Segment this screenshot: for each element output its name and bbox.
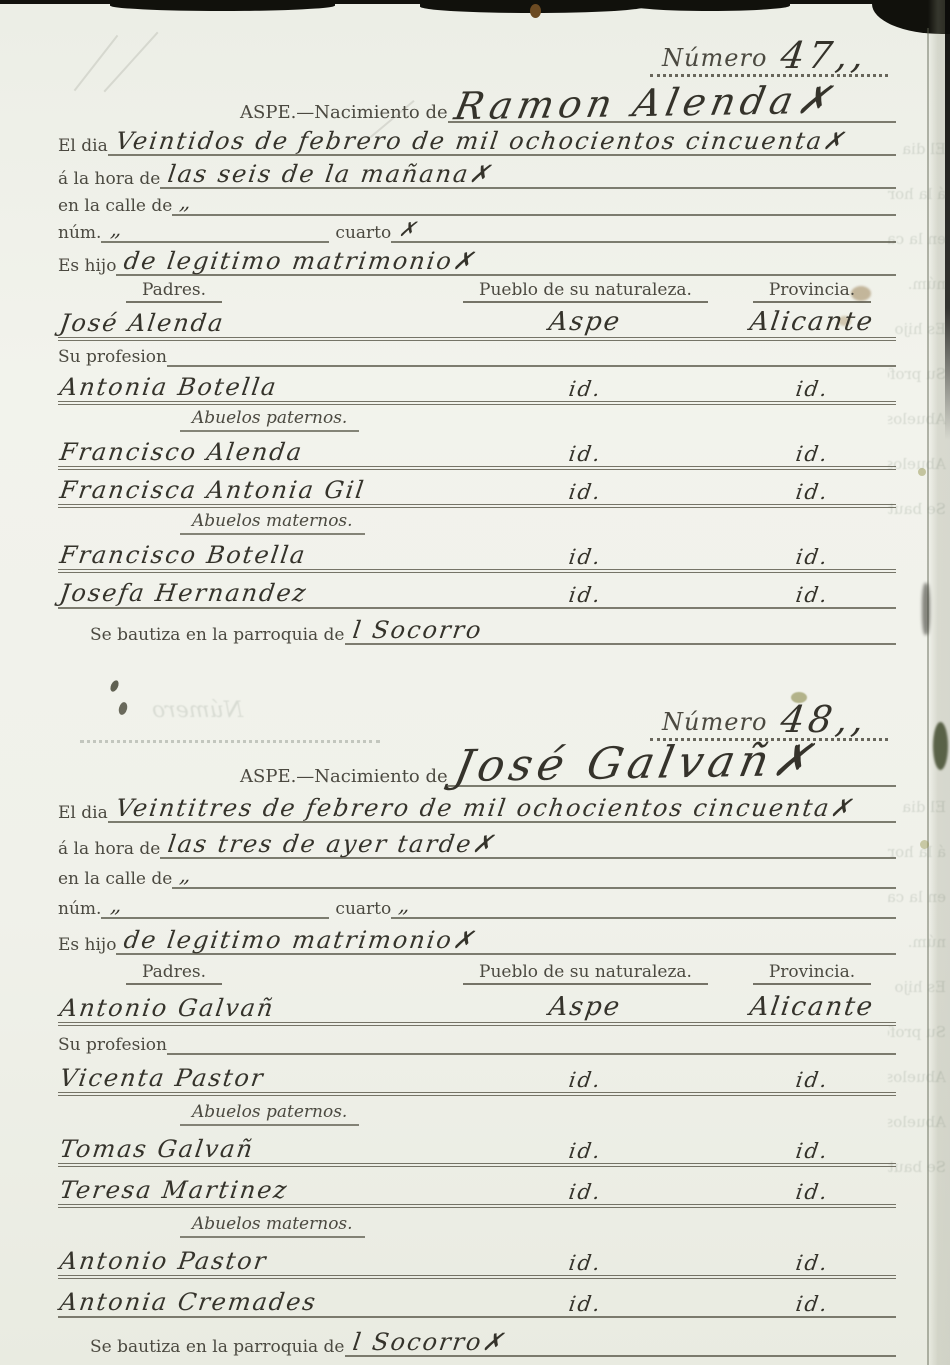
calle-label: en la calle de xyxy=(58,196,172,216)
provincia-value: id. xyxy=(794,1139,830,1163)
pueblo-value: id. xyxy=(567,1251,603,1275)
provincia-value: Alicante xyxy=(748,992,876,1022)
provincia-header: Provincia. xyxy=(753,280,871,303)
pueblo-value: id. xyxy=(567,1180,603,1204)
pueblo-value: id. xyxy=(567,1292,603,1316)
profession-field: Su profesion xyxy=(58,341,896,367)
ghost-label: Su profesion xyxy=(888,365,946,383)
baptism-field: Se bautiza en la parroquia de l Socorro xyxy=(58,609,896,645)
table-row-grandfather-maternal: Antonio Pastor id. id. xyxy=(58,1241,896,1279)
hora-label: á la hora de xyxy=(58,839,160,859)
provincia-value: id. xyxy=(794,442,830,466)
name-field: José Galvañ✗ xyxy=(448,744,896,787)
street-value-line: ,, xyxy=(172,866,896,889)
provincia-value: Alicante xyxy=(748,307,876,337)
person-name: Antonio Galvañ xyxy=(58,994,277,1022)
pueblo-value: id. xyxy=(567,545,603,569)
pueblo-value: id. xyxy=(567,442,603,466)
record-title: ASPE.—Nacimiento de José Galvañ✗ xyxy=(58,741,896,787)
provincia-value: id. xyxy=(794,377,830,401)
record-number-line: Número 48,, xyxy=(58,690,896,736)
legitimacy-value: de legitimo matrimonio✗ xyxy=(123,250,477,273)
ghost-label: Su profesion xyxy=(888,1023,946,1041)
numero-label: Número xyxy=(662,44,767,72)
es-hijo-label: Es hijo xyxy=(58,256,116,276)
table-row-mother: Antonia Botella id. id. xyxy=(58,367,896,405)
padres-header: Padres. xyxy=(126,280,222,303)
section-title: Abuelos paternos. xyxy=(58,1099,896,1126)
numero-value: 47,, xyxy=(779,39,870,72)
section-title: Abuelos maternos. xyxy=(58,508,896,535)
person-name: José Alenda xyxy=(58,309,226,337)
parish-value: l Socorro xyxy=(351,619,484,642)
stain xyxy=(530,4,541,18)
hour-value: las seis de la mañana✗ xyxy=(167,163,494,186)
padres-header: Padres. xyxy=(126,962,222,985)
pueblo-header: Pueblo de su naturaleza. xyxy=(463,280,708,303)
street-value-line: ,, xyxy=(172,193,896,216)
abuelos-maternos-label: Abuelos maternos. xyxy=(180,511,365,535)
hour-value: las tres de ayer tarde✗ xyxy=(167,833,497,856)
ghost-label: Abuelos maternos: xyxy=(888,1113,946,1131)
baptism-value-line: l Socorro xyxy=(345,619,897,645)
table-row-grandfather-paternal: Tomas Galvañ id. id. xyxy=(58,1129,896,1167)
bleed-through-text: El dia á la hora de en la calle de núm. … xyxy=(888,140,946,610)
bautiza-label: Se bautiza en la parroquia de xyxy=(90,1337,345,1357)
birth-record-48: Número 48,, ASPE.—Nacimiento de José Gal… xyxy=(58,690,896,1360)
baptism-value-line: l Socorro✗ xyxy=(345,1331,897,1357)
hora-label: á la hora de xyxy=(58,169,160,189)
title-label: ASPE.—Nacimiento de xyxy=(240,102,448,123)
number-floor-field: núm. ,, cuarto ,, xyxy=(58,892,896,919)
person-name: Antonia Cremades xyxy=(58,1288,319,1316)
num-value: ,, xyxy=(110,896,121,915)
cuarto-value-line: ✗ xyxy=(391,220,896,243)
street-field: en la calle de ,, xyxy=(58,862,896,889)
pueblo-value: Aspe xyxy=(547,992,623,1022)
num-label: núm. xyxy=(58,223,101,243)
street-field: en la calle de ,, xyxy=(58,189,896,216)
provincia-value: id. xyxy=(794,583,830,607)
numero-label: Número xyxy=(662,708,767,736)
stain xyxy=(933,722,948,770)
person-name: Francisco Botella xyxy=(58,541,308,569)
ghost-label: El dia xyxy=(888,798,946,816)
cuarto-value: ✗ xyxy=(398,220,415,239)
legitimacy-value: de legitimo matrimonio✗ xyxy=(123,929,477,952)
profession-value-line xyxy=(167,354,896,367)
name-field: Ramon Alenda✗ xyxy=(448,86,896,123)
el-dia-label: El dia xyxy=(58,803,108,823)
provincia-value: id. xyxy=(794,545,830,569)
person-name: Vicenta Pastor xyxy=(58,1064,266,1092)
cuarto-value-line: ,, xyxy=(391,896,896,919)
provincia-value: id. xyxy=(794,1180,830,1204)
section-title: Abuelos paternos. xyxy=(58,405,896,432)
profession-value-line xyxy=(167,1042,896,1055)
abuelos-paternos-label: Abuelos paternos. xyxy=(180,408,359,432)
num-value-line: ,, xyxy=(101,220,329,243)
pueblo-value: id. xyxy=(567,1139,603,1163)
num-value-line: ,, xyxy=(101,896,329,919)
hour-field: á la hora de las tres de ayer tarde✗ xyxy=(58,826,896,859)
number-floor-field: núm. ,, cuarto ✗ xyxy=(58,216,896,243)
provincia-value: id. xyxy=(794,1251,830,1275)
ghost-label: Es hijo xyxy=(888,320,946,338)
calle-label: en la calle de xyxy=(58,869,172,889)
profession-field: Su profesion xyxy=(58,1029,896,1055)
person-name: Tomas Galvañ xyxy=(58,1135,256,1163)
parish-value: l Socorro✗ xyxy=(351,1331,506,1354)
ghost-label: Es hijo xyxy=(888,978,946,996)
person-name: Francisca Antonia Gil xyxy=(58,476,367,504)
street-value: ,, xyxy=(179,193,190,212)
table-row-grandmother-paternal: Francisca Antonia Gil id. id. xyxy=(58,470,896,508)
abuelos-maternos-label: Abuelos maternos. xyxy=(180,1214,365,1238)
pueblo-value: id. xyxy=(567,583,603,607)
ghost-label: Abuelos maternos: xyxy=(888,455,946,473)
person-name: Teresa Martinez xyxy=(58,1176,290,1204)
ghost-label: Abuelos paternos: xyxy=(888,1068,946,1086)
child-name: Ramon Alenda✗ xyxy=(452,83,838,124)
legitimacy-value-line: de legitimo matrimonio✗ xyxy=(116,929,896,955)
numero-value: 48,, xyxy=(779,703,870,736)
person-name: Antonia Botella xyxy=(58,373,279,401)
table-row-grandfather-maternal: Francisco Botella id. id. xyxy=(58,535,896,573)
ghost-label: núm. xyxy=(888,275,946,293)
provincia-header: Provincia. xyxy=(753,962,871,985)
table-header-row: Padres. Pueblo de su naturaleza. Provinc… xyxy=(58,276,896,303)
section-title: Abuelos maternos. xyxy=(58,1211,896,1238)
cuarto-label: cuarto xyxy=(335,223,391,243)
num-value: ,, xyxy=(110,220,121,239)
person-name: Antonio Pastor xyxy=(58,1247,269,1275)
cuarto-label: cuarto xyxy=(335,899,391,919)
pueblo-value: id. xyxy=(567,1068,603,1092)
table-row-father: Antonio Galvañ Aspe Alicante xyxy=(58,988,896,1026)
date-field: El dia Veintitres de febrero de mil ocho… xyxy=(58,790,896,823)
ghost-label: á la hora de xyxy=(888,185,946,203)
su-profesion-label: Su profesion xyxy=(58,347,167,367)
table-row-grandmother-paternal: Teresa Martinez id. id. xyxy=(58,1170,896,1208)
street-value: ,, xyxy=(179,866,190,885)
birth-record-47: Número 47,, ASPE.—Nacimiento de Ramon Al… xyxy=(58,26,896,645)
ghost-label: Se bautiza en la parroquia de xyxy=(888,1158,946,1176)
num-label: núm. xyxy=(58,899,101,919)
child-name: José Galvañ✗ xyxy=(451,741,818,787)
date-value-line: Veintidos de febrero de mil ochocientos … xyxy=(108,130,896,156)
su-profesion-label: Su profesion xyxy=(58,1035,167,1055)
bautiza-label: Se bautiza en la parroquia de xyxy=(90,625,345,645)
legitimacy-field: Es hijo de legitimo matrimonio✗ xyxy=(58,922,896,955)
ghost-label: en la calle de xyxy=(888,230,946,248)
title-label: ASPE.—Nacimiento de xyxy=(240,766,448,787)
ghost-label: Se bautiza en la parroquia de xyxy=(888,500,946,518)
table-row-mother: Vicenta Pastor id. id. xyxy=(58,1058,896,1096)
legitimacy-field: Es hijo de legitimo matrimonio✗ xyxy=(58,243,896,276)
ghost-label: El dia xyxy=(888,140,946,158)
record-number-line: Número 47,, xyxy=(58,26,896,72)
date-field: El dia Veintidos de febrero de mil ochoc… xyxy=(58,123,896,156)
pueblo-value: id. xyxy=(567,480,603,504)
person-name: Francisco Alenda xyxy=(58,438,305,466)
hour-value-line: las tres de ayer tarde✗ xyxy=(160,833,896,859)
book-top-edge xyxy=(110,0,335,11)
baptism-field: Se bautiza en la parroquia de l Socorro✗ xyxy=(58,1321,896,1357)
table-header-row: Padres. Pueblo de su naturaleza. Provinc… xyxy=(58,958,896,985)
table-row-grandmother-maternal: Josefa Hernandez id. id. xyxy=(58,573,896,609)
provincia-value: id. xyxy=(794,1068,830,1092)
table-row-father: José Alenda Aspe Alicante xyxy=(58,303,896,341)
date-value: Veintitres de febrero de mil ochocientos… xyxy=(114,797,854,820)
ghost-label: en la calle de xyxy=(888,888,946,906)
table-row-grandfather-paternal: Francisco Alenda id. id. xyxy=(58,432,896,470)
ghost-label: Abuelos paternos: xyxy=(888,410,946,428)
provincia-value: id. xyxy=(794,480,830,504)
bleed-through-text: El dia á la hora de en la calle de núm. … xyxy=(888,798,946,1268)
hour-value-line: las seis de la mañana✗ xyxy=(160,163,896,189)
person-name: Josefa Hernandez xyxy=(58,579,309,607)
ghost-label: núm. xyxy=(888,933,946,951)
pueblo-header: Pueblo de su naturaleza. xyxy=(463,962,708,985)
pueblo-value: id. xyxy=(567,377,603,401)
cuarto-value: ,, xyxy=(398,896,409,915)
abuelos-paternos-label: Abuelos paternos. xyxy=(180,1102,359,1126)
hour-field: á la hora de las seis de la mañana✗ xyxy=(58,156,896,189)
el-dia-label: El dia xyxy=(58,136,108,156)
pueblo-value: Aspe xyxy=(547,307,623,337)
record-title: ASPE.—Nacimiento de Ramon Alenda✗ xyxy=(58,77,896,123)
es-hijo-label: Es hijo xyxy=(58,935,116,955)
legitimacy-value-line: de legitimo matrimonio✗ xyxy=(116,250,896,276)
date-value: Veintidos de febrero de mil ochocientos … xyxy=(114,130,846,153)
table-row-grandmother-maternal: Antonia Cremades id. id. xyxy=(58,1282,896,1318)
ghost-label: á la hora de xyxy=(888,843,946,861)
date-value-line: Veintitres de febrero de mil ochocientos… xyxy=(108,797,896,823)
provincia-value: id. xyxy=(794,1292,830,1316)
book-top-edge xyxy=(630,0,790,11)
